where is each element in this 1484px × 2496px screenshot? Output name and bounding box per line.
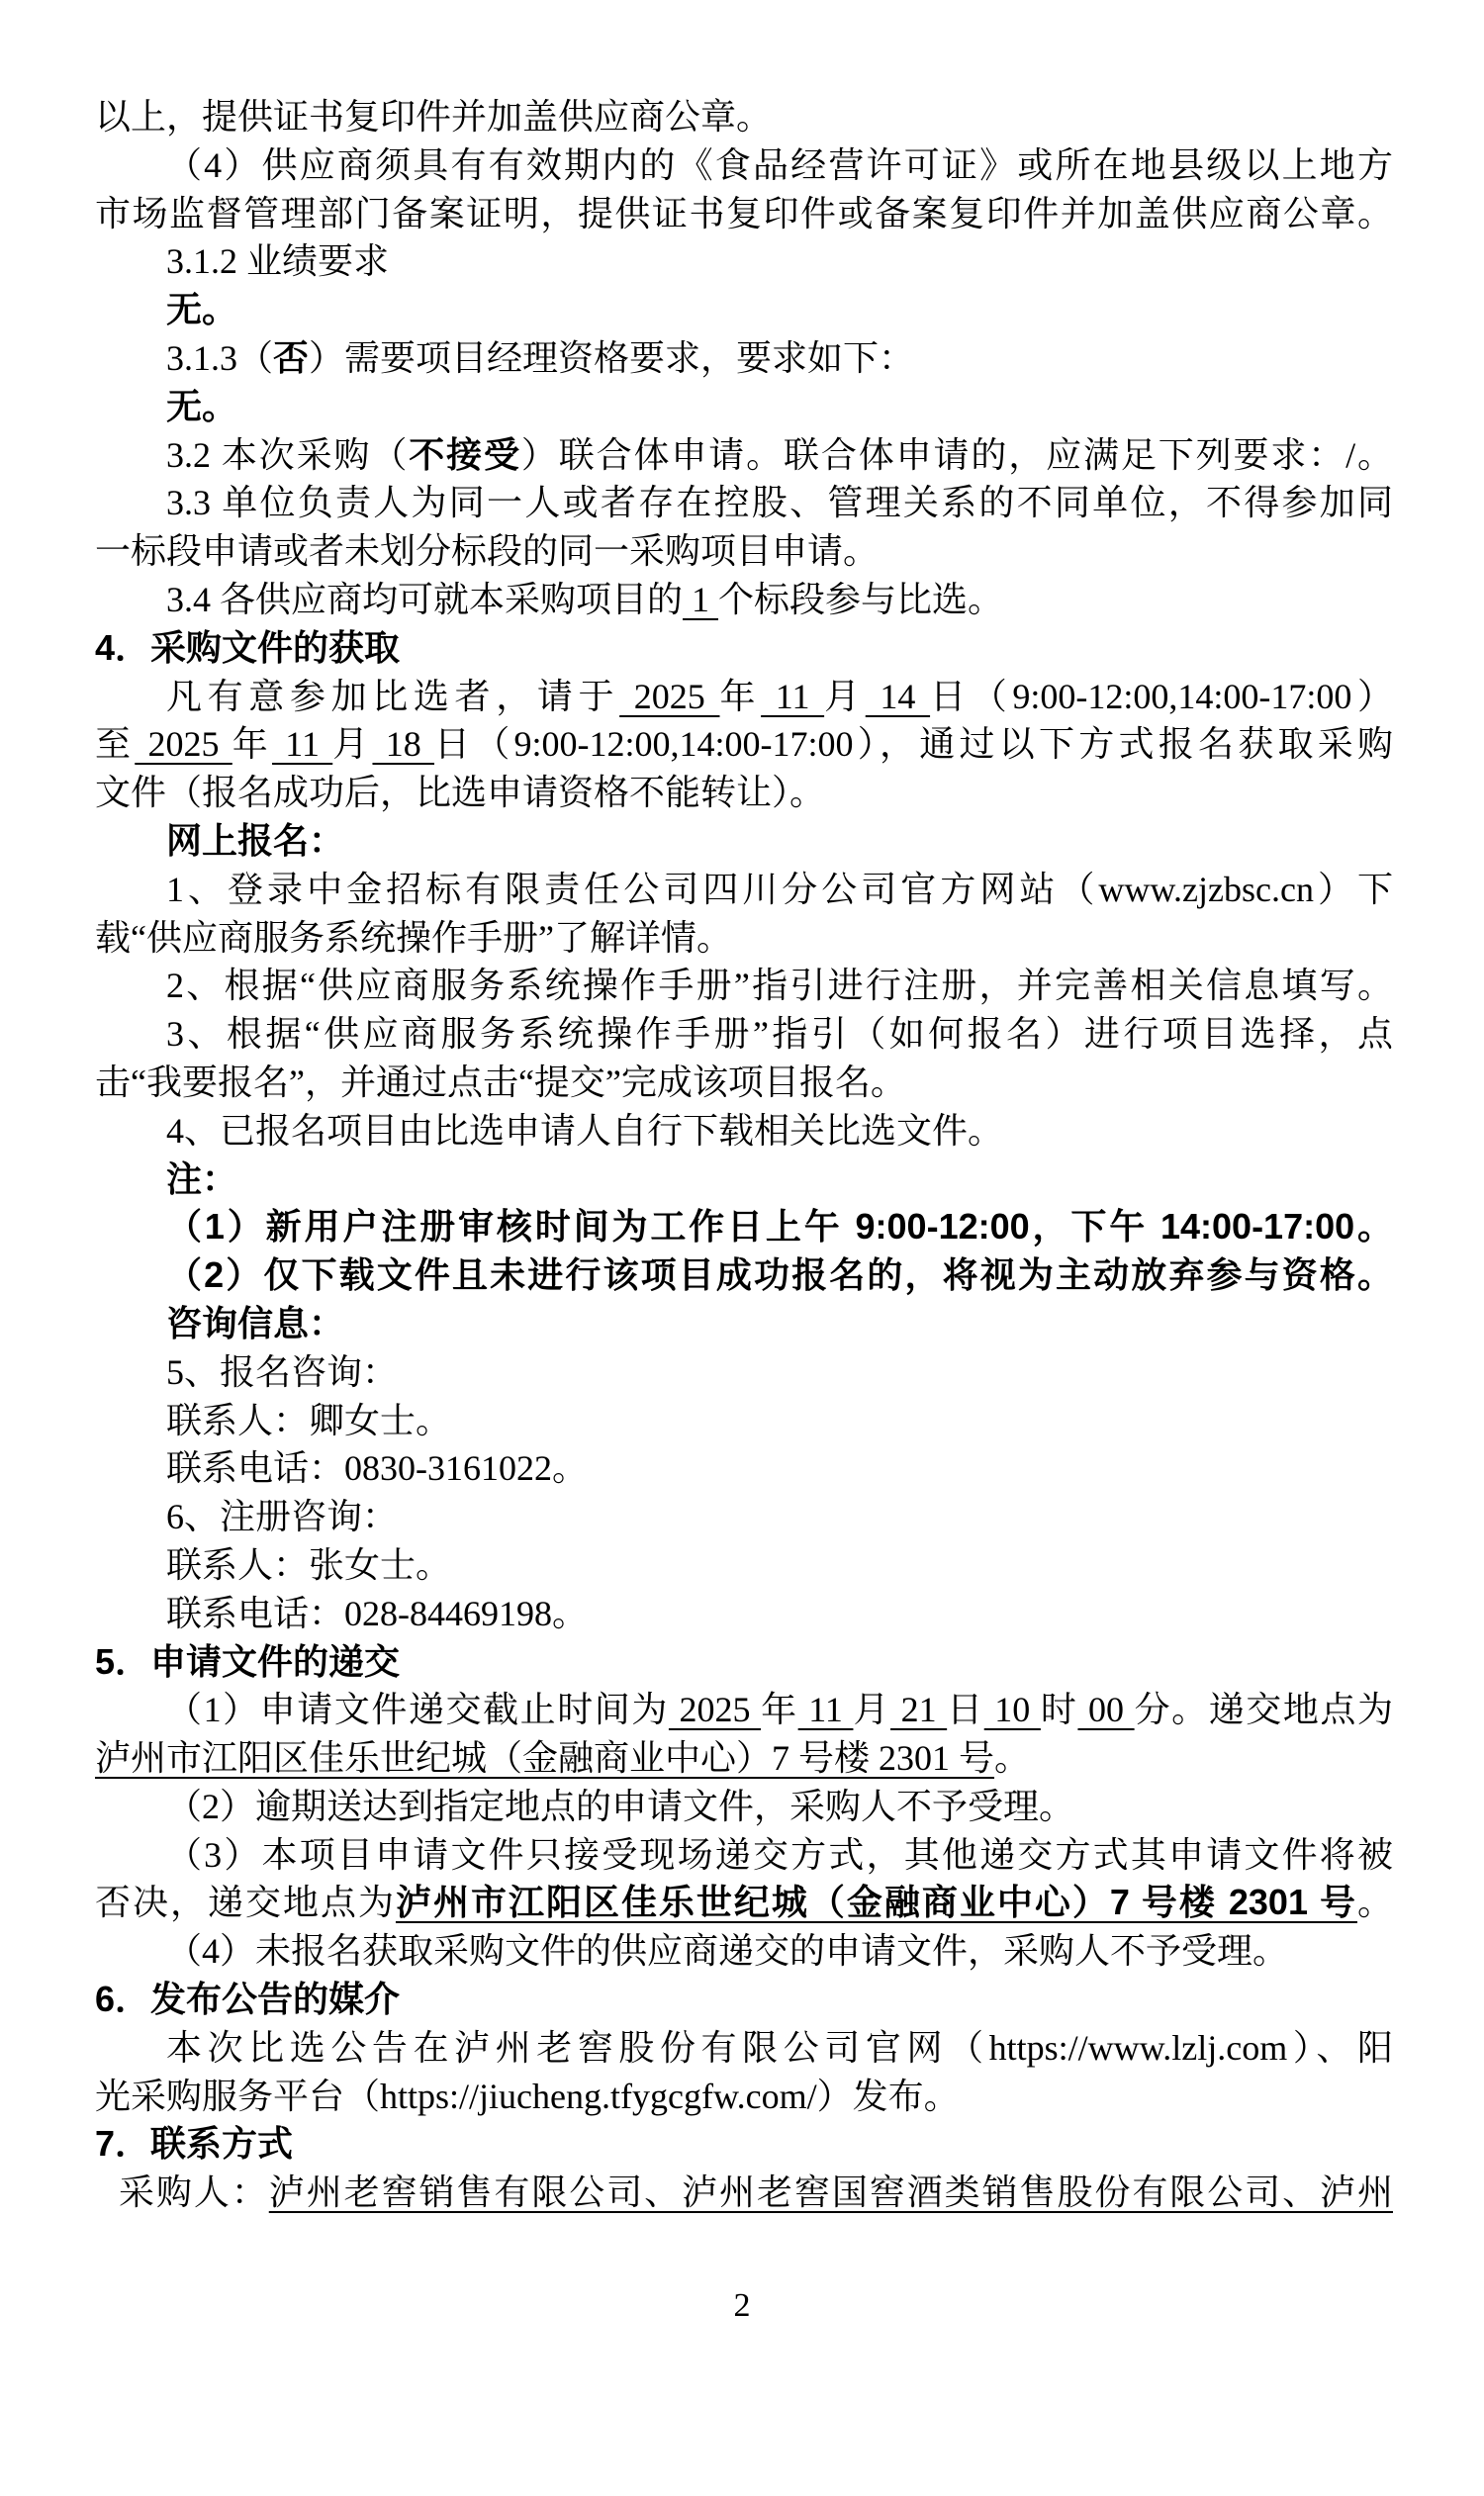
text-run: 月 bbox=[332, 724, 372, 764]
text-run: 日（9:00-12:00,14:00-17:00），通过以下方式报名获取采购 bbox=[434, 724, 1393, 764]
text-line: 一标段申请或者未划分标段的同一采购项目申请。 bbox=[95, 527, 1393, 576]
text-run: 咨询信息： bbox=[166, 1303, 344, 1343]
text-run: 21 bbox=[890, 1690, 947, 1729]
text-line: （4）未报名获取采购文件的供应商递交的申请文件，采购人不予受理。 bbox=[95, 1927, 1393, 1976]
text-line: 市场监督管理部门备案证明，提供证书复印件或备案复印件并加盖供应商公章。 bbox=[95, 190, 1393, 238]
text-run: 6．发布公告的媒介 bbox=[95, 1979, 400, 2019]
text-run: 10 bbox=[984, 1690, 1041, 1729]
text-line: 6．发布公告的媒介 bbox=[95, 1976, 1393, 2024]
text-run: 4．采购文件的获取 bbox=[95, 627, 400, 668]
text-run: （1）申请文件递交截止时间为 bbox=[166, 1690, 669, 1729]
text-line: 6、注册咨询： bbox=[95, 1493, 1393, 1541]
text-line: 注： bbox=[95, 1156, 1393, 1204]
text-run: 载“供应商服务系统操作手册”了解详情。 bbox=[95, 918, 732, 958]
text-run: （2）逾期送达到指定地点的申请文件，采购人不予受理。 bbox=[166, 1787, 1074, 1826]
text-line: （2）仅下载文件且未进行该项目成功报名的，将视为主动放弃参与资格。 bbox=[95, 1251, 1393, 1300]
text-line: 3.2 本次采购（不接受）联合体申请。联合体申请的，应满足下列要求：/。 bbox=[95, 431, 1393, 480]
text-run: 年 bbox=[761, 1690, 798, 1729]
text-line: 联系电话：0830-3161022。 bbox=[95, 1444, 1393, 1493]
text-run: 2、根据“供应商服务系统操作手册”指引进行注册，并完善相关信息填写。 bbox=[166, 966, 1393, 1005]
text-run: 18 bbox=[372, 724, 434, 764]
text-run: 击“我要报名”，并通过点击“提交”完成该项目报名。 bbox=[95, 1063, 906, 1102]
text-run: 月 bbox=[853, 1690, 890, 1729]
text-run: （4）供应商须具有有效期内的《食品经营许可证》或所在地县级以上地方 bbox=[166, 145, 1393, 185]
text-run: 不接受 bbox=[409, 434, 521, 475]
text-run: 本次比选公告在泸州老窖股份有限公司官网（https://www.lzlj.com… bbox=[166, 2028, 1393, 2068]
text-run: 市场监督管理部门备案证明，提供证书复印件或备案复印件并加盖供应商公章。 bbox=[95, 194, 1393, 233]
text-line: 4、已报名项目由比选申请人自行下载相关比选文件。 bbox=[95, 1107, 1393, 1156]
text-run: 4、已报名项目由比选申请人自行下载相关比选文件。 bbox=[166, 1111, 1003, 1151]
text-run: 5、报名咨询： bbox=[166, 1352, 398, 1392]
page-number: 2 bbox=[0, 2287, 1484, 2325]
text-run: 3.2 本次采购（ bbox=[166, 435, 409, 475]
text-run: 3、根据“供应商服务系统操作手册”指引（如何报名）进行项目选择，点 bbox=[166, 1014, 1393, 1054]
text-run: 日（9:00-12:00,14:00-17:00） bbox=[930, 677, 1393, 716]
text-run: 泸州市江阳区佳乐世纪城（金融商业中心）7 号楼 2301 号 bbox=[396, 1882, 1357, 1922]
text-run: ）联合体申请。联合体申请的，应满足下列要求：/。 bbox=[521, 435, 1393, 475]
text-line: （1）申请文件递交截止时间为 2025 年 11 月 21 日 10 时 00 … bbox=[95, 1686, 1393, 1734]
text-run: 个标段参与比选。 bbox=[718, 580, 1003, 619]
text-run: 年 bbox=[232, 724, 272, 764]
text-run: 联系电话：028-84469198。 bbox=[166, 1594, 588, 1633]
text-run: 无。 bbox=[166, 289, 237, 329]
text-run: 泸州市江阳区佳乐世纪城（金融商业中心）7 号楼 2301 号 bbox=[95, 1738, 994, 1778]
text-run: 时 bbox=[1041, 1690, 1078, 1729]
text-run: 1 bbox=[683, 580, 718, 619]
text-line: （1）新用户注册审核时间为工作日上午 9:00-12:00，下午 14:00-1… bbox=[95, 1203, 1393, 1251]
text-line: 至 2025 年 11 月 18 日（9:00-12:00,14:00-17:0… bbox=[95, 720, 1393, 769]
document-body: 以上，提供证书复印件并加盖供应商公章。（4）供应商须具有有效期内的《食品经营许可… bbox=[95, 93, 1393, 2217]
text-line: 以上，提供证书复印件并加盖供应商公章。 bbox=[95, 93, 1393, 141]
text-run: 11 bbox=[761, 677, 824, 716]
text-run: 以上，提供证书复印件并加盖供应商公章。 bbox=[95, 97, 772, 137]
text-line: 无。 bbox=[95, 286, 1393, 334]
text-run: 泸州老窖销售有限公司、泸州老窖国窖酒类销售股份有限公司、泸州 bbox=[269, 2172, 1393, 2212]
text-run: 凡有意参加比选者，请于 bbox=[166, 677, 619, 716]
text-run: 年 bbox=[719, 677, 761, 716]
text-run: 11 bbox=[272, 724, 332, 764]
text-run: 一标段申请或者未划分标段的同一采购项目申请。 bbox=[95, 531, 879, 571]
text-line: 3.1.2 业绩要求 bbox=[95, 237, 1393, 286]
text-line: 3、根据“供应商服务系统操作手册”指引（如何报名）进行项目选择，点 bbox=[95, 1010, 1393, 1059]
text-line: 凡有意参加比选者，请于 2025 年 11 月 14 日（9:00-12:00,… bbox=[95, 673, 1393, 721]
text-run: 5．申请文件的递交 bbox=[95, 1641, 400, 1682]
text-line: 联系电话：028-84469198。 bbox=[95, 1590, 1393, 1638]
text-run: 。 bbox=[994, 1738, 1030, 1778]
text-line: 本次比选公告在泸州老窖股份有限公司官网（https://www.lzlj.com… bbox=[95, 2024, 1393, 2073]
text-run: 00 bbox=[1077, 1690, 1134, 1729]
text-run: 2025 bbox=[135, 724, 232, 764]
text-run: ）需要项目经理资格要求，要求如下： bbox=[309, 338, 914, 378]
text-line: 咨询信息： bbox=[95, 1300, 1393, 1348]
text-line: （4）供应商须具有有效期内的《食品经营许可证》或所在地县级以上地方 bbox=[95, 141, 1393, 190]
text-line: 泸州市江阳区佳乐世纪城（金融商业中心）7 号楼 2301 号。 bbox=[95, 1734, 1393, 1783]
text-run: （2）仅下载文件且未进行该项目成功报名的，将视为主动放弃参与资格。 bbox=[166, 1254, 1393, 1295]
text-line: 3.3 单位负责人为同一人或者存在控股、管理关系的不同单位，不得参加同 bbox=[95, 479, 1393, 527]
text-line: 否决，递交地点为泸州市江阳区佳乐世纪城（金融商业中心）7 号楼 2301 号。 bbox=[95, 1879, 1393, 1927]
text-run: 2025 bbox=[619, 677, 719, 716]
text-run: 2025 bbox=[669, 1690, 761, 1729]
text-run: 文件（报名成功后，比选申请资格不能转让）。 bbox=[95, 773, 825, 812]
text-line: 采购人：泸州老窖销售有限公司、泸州老窖国窖酒类销售股份有限公司、泸州 bbox=[95, 2169, 1393, 2217]
text-run: 无。 bbox=[166, 386, 237, 426]
text-run: 日 bbox=[947, 1690, 984, 1729]
text-line: 无。 bbox=[95, 383, 1393, 431]
text-run: 联系人：卿女士。 bbox=[166, 1401, 451, 1440]
text-run: 11 bbox=[798, 1690, 854, 1729]
text-run: 否决，递交地点为 bbox=[95, 1883, 396, 1922]
text-line: （2）逾期送达到指定地点的申请文件，采购人不予受理。 bbox=[95, 1783, 1393, 1831]
text-run: 6、注册咨询： bbox=[166, 1497, 398, 1536]
text-run: 分。递交地点为 bbox=[1135, 1690, 1393, 1729]
text-run: 注： bbox=[166, 1158, 237, 1199]
text-line: 光采购服务平台（https://jiucheng.tfygcgfw.com/）发… bbox=[95, 2073, 1393, 2121]
text-line: 文件（报名成功后，比选申请资格不能转让）。 bbox=[95, 769, 1393, 817]
text-line: 5、报名咨询： bbox=[95, 1348, 1393, 1397]
text-line: 联系人：张女士。 bbox=[95, 1541, 1393, 1590]
text-run: 至 bbox=[95, 724, 135, 764]
text-line: 7．联系方式 bbox=[95, 2120, 1393, 2169]
text-line: 2、根据“供应商服务系统操作手册”指引进行注册，并完善相关信息填写。 bbox=[95, 962, 1393, 1010]
text-line: 击“我要报名”，并通过点击“提交”完成该项目报名。 bbox=[95, 1059, 1393, 1107]
text-run: 3.3 单位负责人为同一人或者存在控股、管理关系的不同单位，不得参加同 bbox=[166, 483, 1393, 522]
text-run: （1）新用户注册审核时间为工作日上午 9:00-12:00，下午 14:00-1… bbox=[166, 1206, 1393, 1247]
text-run: 否 bbox=[273, 337, 309, 378]
text-run: 7．联系方式 bbox=[95, 2123, 293, 2164]
text-run: 3.1.2 业绩要求 bbox=[166, 241, 389, 281]
text-line: 1、登录中金招标有限责任公司四川分公司官方网站（www.zjzbsc.cn）下 bbox=[95, 866, 1393, 914]
text-run: 网上报名： bbox=[166, 820, 344, 861]
text-line: 3.1.3（否）需要项目经理资格要求，要求如下： bbox=[95, 334, 1393, 383]
text-run: （4）未报名获取采购文件的供应商递交的申请文件，采购人不予受理。 bbox=[166, 1931, 1288, 1971]
text-run: （3）本项目申请文件只接受现场递交方式，其他递交方式其申请文件将被 bbox=[166, 1835, 1393, 1875]
text-run: 联系人：张女士。 bbox=[166, 1545, 451, 1585]
text-line: （3）本项目申请文件只接受现场递交方式，其他递交方式其申请文件将被 bbox=[95, 1831, 1393, 1880]
text-run: 1、登录中金招标有限责任公司四川分公司官方网站（www.zjzbsc.cn）下 bbox=[166, 870, 1393, 909]
text-line: 5．申请文件的递交 bbox=[95, 1638, 1393, 1687]
text-run: 3.1.3（ bbox=[166, 338, 273, 378]
text-run: 月 bbox=[824, 677, 866, 716]
text-run: 光采购服务平台（https://jiucheng.tfygcgfw.com/）发… bbox=[95, 2077, 960, 2116]
text-line: 载“供应商服务系统操作手册”了解详情。 bbox=[95, 914, 1393, 963]
text-line: 3.4 各供应商均可就本采购项目的 1 个标段参与比选。 bbox=[95, 576, 1393, 624]
text-line: 联系人：卿女士。 bbox=[95, 1397, 1393, 1445]
text-line: 4．采购文件的获取 bbox=[95, 624, 1393, 673]
text-run: 3.4 各供应商均可就本采购项目的 bbox=[166, 580, 683, 619]
text-run: 14 bbox=[866, 677, 930, 716]
text-run: 。 bbox=[1357, 1883, 1393, 1922]
text-run: 采购人： bbox=[119, 2172, 269, 2212]
text-line: 网上报名： bbox=[95, 817, 1393, 866]
text-run: 联系电话：0830-3161022。 bbox=[166, 1448, 588, 1488]
